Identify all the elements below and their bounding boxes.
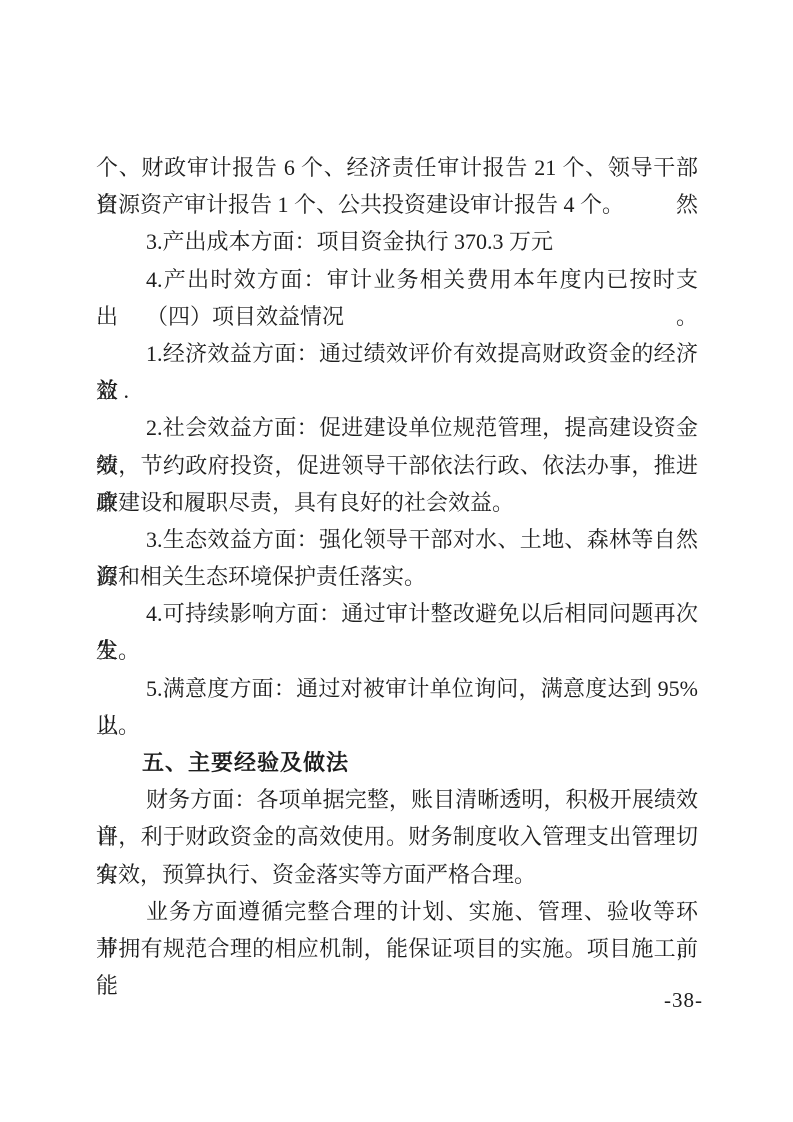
text-line: 益 . [96, 372, 698, 409]
text-line: 4.产出时效方面：审计业务相关费用本年度内已按时支出。 [96, 261, 698, 298]
page-number: -38- [664, 988, 703, 1013]
text-line: 并拥有规范合理的相应机制，能保证项目的实施。项目施工前能 [96, 930, 698, 967]
text-line: 3.生态效益方面：强化领导干部对水、土地、森林等自然资 [96, 521, 698, 558]
text-line: 业务方面遵循完整合理的计划、实施、管理、验收等环节， [96, 893, 698, 930]
section-heading: 五、主要经验及做法 [96, 744, 698, 781]
text-line: 个、财政审计报告 6 个、经济责任审计报告 21 个、领导干部自然 [96, 149, 698, 186]
text-line: 2.社会效益方面：促进建设单位规范管理，提高建设资金绩 [96, 409, 698, 446]
text-line: 4.可持续影响方面：通过审计整改避免以后相同问题再次发 [96, 595, 698, 632]
text-line: 上。 [96, 707, 698, 744]
document-page: 个、财政审计报告 6 个、经济责任审计报告 21 个、领导干部自然资源资产审计报… [0, 0, 793, 1122]
document-lines: 个、财政审计报告 6 个、经济责任审计报告 21 个、领导干部自然资源资产审计报… [96, 149, 698, 967]
text-line: 3.产出成本方面：项目资金执行 370.3 万元 [96, 223, 698, 260]
text-line: 有效，预算执行、资金落实等方面严格合理。 [96, 856, 698, 893]
text-line: 生。 [96, 632, 698, 669]
text-line: 源和相关生态环境保护责任落实。 [96, 558, 698, 595]
text-line: 1.经济效益方面：通过绩效评价有效提高财政资金的经济效 [96, 335, 698, 372]
text-line: 财务方面：各项单据完整，账目清晰透明，积极开展绩效自 [96, 781, 698, 818]
text-line: 政建设和履职尽责，具有良好的社会效益。 [96, 484, 698, 521]
text-line: 资源资产审计报告 1 个、公共投资建设审计报告 4 个。 [96, 186, 698, 223]
text-line: 5.满意度方面：通过对被审计单位询问，满意度达到 95%以 [96, 670, 698, 707]
text-line: 效，节约政府投资，促进领导干部依法行政、依法办事，推进廉 [96, 447, 698, 484]
text-line: 评，利于财政资金的高效使用。财务制度收入管理支出管理切实 [96, 818, 698, 855]
